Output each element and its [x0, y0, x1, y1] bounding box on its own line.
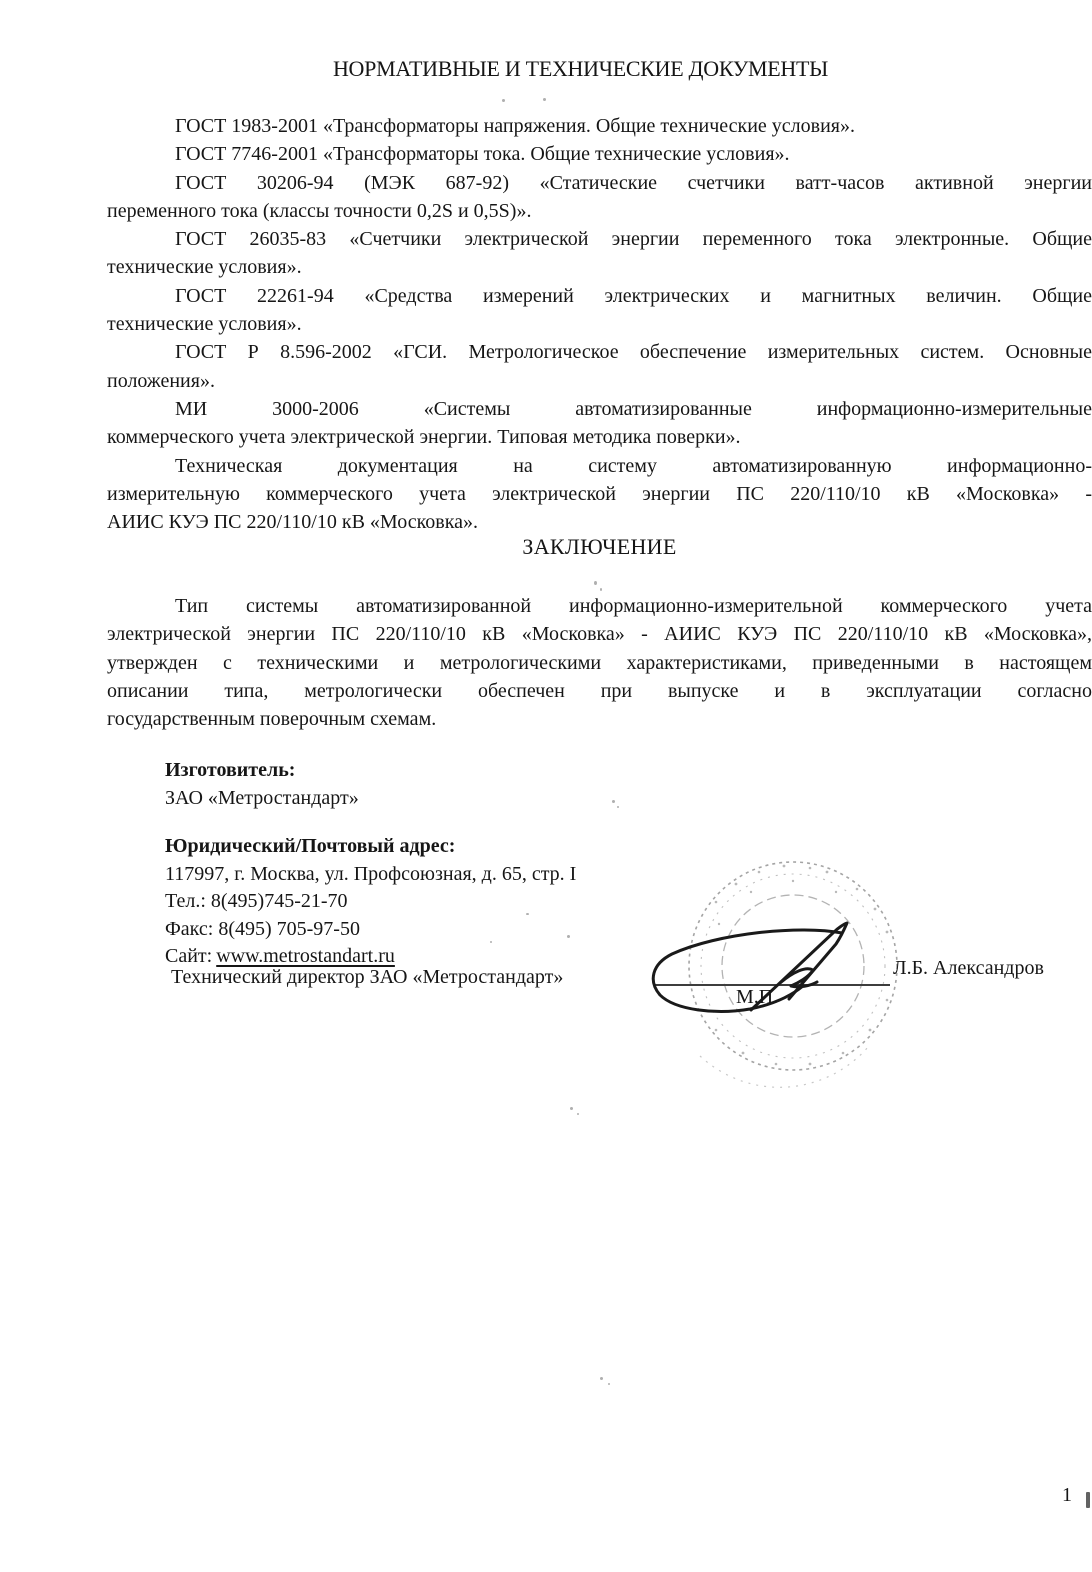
scan-artifact — [543, 98, 546, 101]
seal-place-label: М.П. — [736, 986, 778, 1009]
manufacturer-name: ЗАО «Метростандарт» — [165, 784, 359, 812]
address-block: Юридический/Почтовый адрес: 117997, г. М… — [165, 833, 576, 991]
scan-artifact — [567, 935, 570, 938]
phone-line: Тел.: 8(495)745-21-70 — [165, 888, 576, 916]
page-title: НОРМАТИВНЫЕ И ТЕХНИЧЕСКИЕ ДОКУМЕНТЫ — [88, 54, 1073, 84]
conclusion-line: утвержден с техническими и метрологическ… — [107, 649, 1092, 677]
standard-line: МИ 3000-2006 «Системы автоматизированные… — [107, 395, 1092, 423]
postal-address: 117997, г. Москва, ул. Профсоюзная, д. 6… — [165, 861, 576, 889]
standard-line: ГОСТ 26035-83 «Счетчики электрической эн… — [107, 225, 1092, 253]
manufacturer-block: Изготовитель: ЗАО «Метростандарт» — [165, 756, 359, 812]
conclusion-line: электрической энергии ПС 220/110/10 кВ «… — [107, 620, 1092, 648]
scan-artifact — [570, 1107, 573, 1110]
signatory-title: Технический директор ЗАО «Метростандарт» — [165, 964, 576, 992]
manufacturer-label: Изготовитель: — [165, 756, 359, 784]
scan-artifact — [617, 806, 619, 808]
standard-line: ГОСТ 1983-2001 «Трансформаторы напряжени… — [107, 112, 1092, 140]
standard-line: положения». — [107, 367, 1092, 395]
standard-line: измерительную коммерческого учета электр… — [107, 480, 1092, 508]
standard-line: коммерческого учета электрической энерги… — [107, 423, 1092, 451]
standards-list: ГОСТ 1983-2001 «Трансформаторы напряжени… — [107, 112, 1092, 536]
conclusion-line: Тип системы автоматизированной информаци… — [107, 592, 1092, 620]
conclusion-line: государственным поверочным схемам. — [107, 705, 1092, 733]
standard-line: ГОСТ 22261-94 «Средства измерений электр… — [107, 282, 1092, 310]
scan-artifact — [502, 99, 505, 102]
round-stamp-icon — [689, 862, 897, 1087]
standard-line: ГОСТ 7746-2001 «Трансформаторы тока. Общ… — [107, 140, 1092, 168]
conclusion-paragraph: Тип системы автоматизированной информаци… — [107, 592, 1092, 733]
scan-artifact — [600, 588, 602, 591]
scan-artifact — [577, 1113, 579, 1115]
conclusion-line: описании типа, метрологически обеспечен … — [107, 677, 1092, 705]
scan-artifact — [526, 913, 529, 915]
standard-line: Техническая документация на систему авто… — [107, 452, 1092, 480]
scan-artifact — [600, 1377, 603, 1380]
scan-artifact — [612, 800, 615, 803]
document-page: НОРМАТИВНЫЕ И ТЕХНИЧЕСКИЕ ДОКУМЕНТЫ ГОСТ… — [0, 0, 1092, 1572]
standard-line: технические условия». — [107, 253, 1092, 281]
standard-line: ГОСТ Р 8.596-2002 «ГСИ. Метрологическое … — [107, 338, 1092, 366]
standard-line: ГОСТ 30206-94 (МЭК 687-92) «Статические … — [107, 169, 1092, 197]
conclusion-heading: ЗАКЛЮЧЕНИЕ — [107, 533, 1092, 561]
address-label: Юридический/Почтовый адрес: — [165, 833, 576, 861]
scan-artifact — [594, 581, 597, 585]
signatory-name: Л.Б. Александров — [893, 957, 1044, 980]
standard-line: технические условия». — [107, 310, 1092, 338]
fax-line: Факс: 8(495) 705-97-50 — [165, 916, 576, 944]
page-number: 1 — [1062, 1484, 1072, 1507]
scan-artifact — [490, 941, 492, 943]
scan-artifact — [1086, 1492, 1090, 1508]
standard-line: переменного тока (классы точности 0,2S и… — [107, 197, 1092, 225]
scan-artifact — [608, 1383, 610, 1385]
